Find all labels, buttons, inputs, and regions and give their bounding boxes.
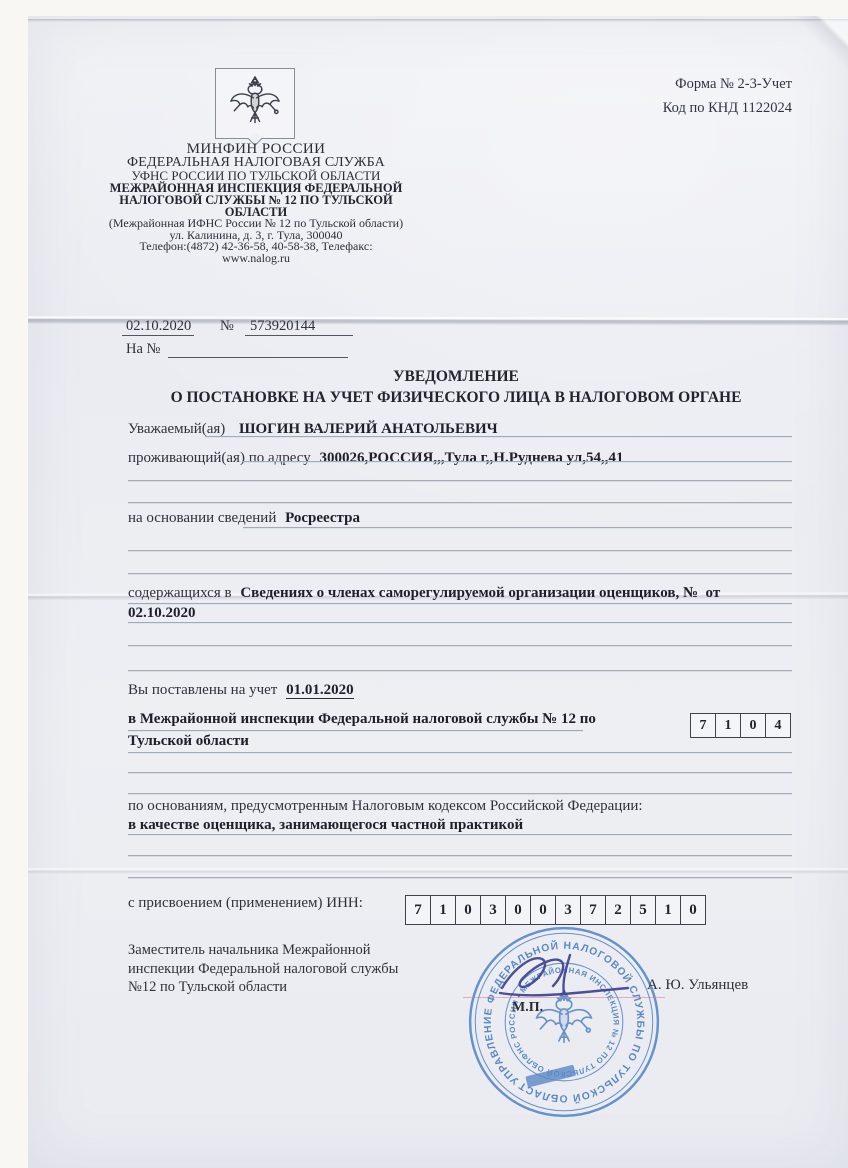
- inn-digit: 5: [631, 896, 656, 924]
- authority-line-2: Тульской области: [128, 733, 249, 749]
- form-line: [128, 730, 583, 731]
- code-digit: 4: [766, 714, 790, 737]
- signer-position-line: Заместитель начальника Межрайонной: [128, 941, 398, 960]
- reply-underline: [168, 357, 348, 358]
- form-line: [128, 877, 792, 878]
- form-number: Форма № 2-3-Учет: [663, 72, 792, 96]
- code-digit: 7: [691, 714, 716, 737]
- grounds-label-row: по основаниям, предусмотренным Налоговым…: [128, 797, 792, 815]
- registered-date: 01.01.2020: [286, 682, 354, 699]
- title-line-1: УВЕДОМЛЕНИЕ: [120, 366, 792, 387]
- form-line: [128, 622, 792, 623]
- signature-line: [463, 997, 665, 998]
- inn-digit: 0: [531, 896, 556, 924]
- person-name: ШОГИН ВАЛЕРИЙ АНАТОЛЬЕВИЧ: [239, 421, 498, 437]
- coat-of-arms-emblem-box: [215, 68, 295, 139]
- registered-row: Вы поставлены на учет 01.01.2020: [128, 681, 792, 699]
- signer-position: Заместитель начальника Межрайонной инспе…: [128, 941, 398, 997]
- russia-coat-of-arms-icon: [227, 74, 283, 130]
- inn-digit: 0: [456, 896, 481, 924]
- form-line: [128, 480, 792, 481]
- form-line: [205, 436, 792, 437]
- inn-digit: 1: [431, 896, 456, 924]
- basis-value: Росреестра: [285, 510, 360, 526]
- contained-label: содержащихся в: [128, 585, 232, 601]
- inn-digit: 3: [556, 896, 581, 924]
- form-line: [128, 772, 792, 773]
- form-line: [128, 752, 792, 753]
- address-row: проживающий(ая) по адресу 300026,РОССИЯ,…: [128, 449, 792, 467]
- inn-digit: 3: [481, 896, 506, 924]
- form-line: [243, 527, 792, 528]
- form-line: [128, 550, 792, 551]
- reply-to-label: На №: [126, 341, 160, 358]
- handwritten-signature: [496, 948, 632, 1008]
- scanned-tax-notification-document: Форма № 2-3-Учет Код по КНД 1122024 МИНФ…: [0, 0, 848, 1168]
- letterhead-line: МИНФИН РОССИИ: [60, 142, 452, 156]
- document-number: 573920144: [250, 318, 315, 335]
- form-line: [128, 855, 792, 856]
- authority-line-1: в Межрайонной инспекции Федеральной нало…: [128, 711, 596, 727]
- contained-row: содержащихся в Сведениях о членах саморе…: [128, 584, 792, 602]
- inn-digit: 0: [506, 896, 531, 924]
- number-sign: №: [220, 318, 234, 335]
- inn-label: с присвоением (применением) ИНН:: [128, 895, 363, 911]
- form-line: [128, 793, 792, 794]
- registered-label: Вы поставлены на учет: [128, 682, 277, 698]
- title-line-2: О ПОСТАНОВКЕ НА УЧЕТ ФИЗИЧЕСКОГО ЛИЦА В …: [120, 387, 792, 408]
- inn-digit: 1: [656, 896, 681, 924]
- tax-authority-code-box: 7 1 0 4: [690, 713, 791, 738]
- knd-code: Код по КНД 1122024: [663, 96, 792, 120]
- letterhead-website: www.nalog.ru: [60, 253, 452, 265]
- salutation-label: Уважаемый(ая): [128, 421, 225, 437]
- form-line: [128, 573, 792, 574]
- document-title: УВЕДОМЛЕНИЕ О ПОСТАНОВКЕ НА УЧЕТ ФИЗИЧЕС…: [120, 366, 792, 408]
- form-line: [243, 461, 792, 462]
- inn-digit: 7: [581, 896, 606, 924]
- number-underline: [245, 335, 353, 336]
- inn-digits-box: 7 1 0 3 0 0 3 7 2 5 1 0: [405, 895, 706, 925]
- signer-position-line: инспекции Федеральной налоговой службы: [128, 960, 398, 979]
- document-date: 02.10.2020: [126, 318, 191, 335]
- contained-row-2: 02.10.2020: [128, 604, 792, 622]
- contained-date: 02.10.2020: [128, 605, 196, 621]
- grounds-label: по основаниям, предусмотренным Налоговым…: [128, 798, 643, 814]
- basis-label: на основании сведений: [128, 510, 276, 526]
- signer-name: А. Ю. Ульянцев: [647, 977, 748, 994]
- date-underline: [122, 335, 194, 336]
- stamp-place-label: М.П.: [512, 1000, 543, 1016]
- contained-value: Сведениях о членах саморегулируемой орга…: [240, 585, 720, 601]
- inn-digit: 2: [606, 896, 631, 924]
- code-digit: 0: [741, 714, 766, 737]
- grounds-value-row: в качестве оценщика, занимающегося частн…: [128, 816, 792, 834]
- code-digit: 1: [716, 714, 741, 737]
- form-line: [128, 670, 792, 671]
- grounds-value: в качестве оценщика, занимающегося частн…: [128, 817, 523, 833]
- form-line: [128, 834, 792, 835]
- address-value: 300026,РОССИЯ,,,Тула г,,Н.Руднева ул,54,…: [320, 450, 624, 466]
- basis-row: на основании сведений Росреестра: [128, 509, 792, 527]
- address-label: проживающий(ая) по адресу: [128, 450, 311, 466]
- signer-position-line: №12 по Тульской области: [128, 978, 398, 997]
- form-line: [128, 502, 792, 503]
- inn-digit: 0: [681, 896, 705, 924]
- form-line: [128, 645, 792, 646]
- agency-letterhead: МИНФИН РОССИИ ФЕДЕРАЛЬНАЯ НАЛОГОВАЯ СЛУЖ…: [60, 142, 452, 264]
- inn-digit: 7: [406, 896, 431, 924]
